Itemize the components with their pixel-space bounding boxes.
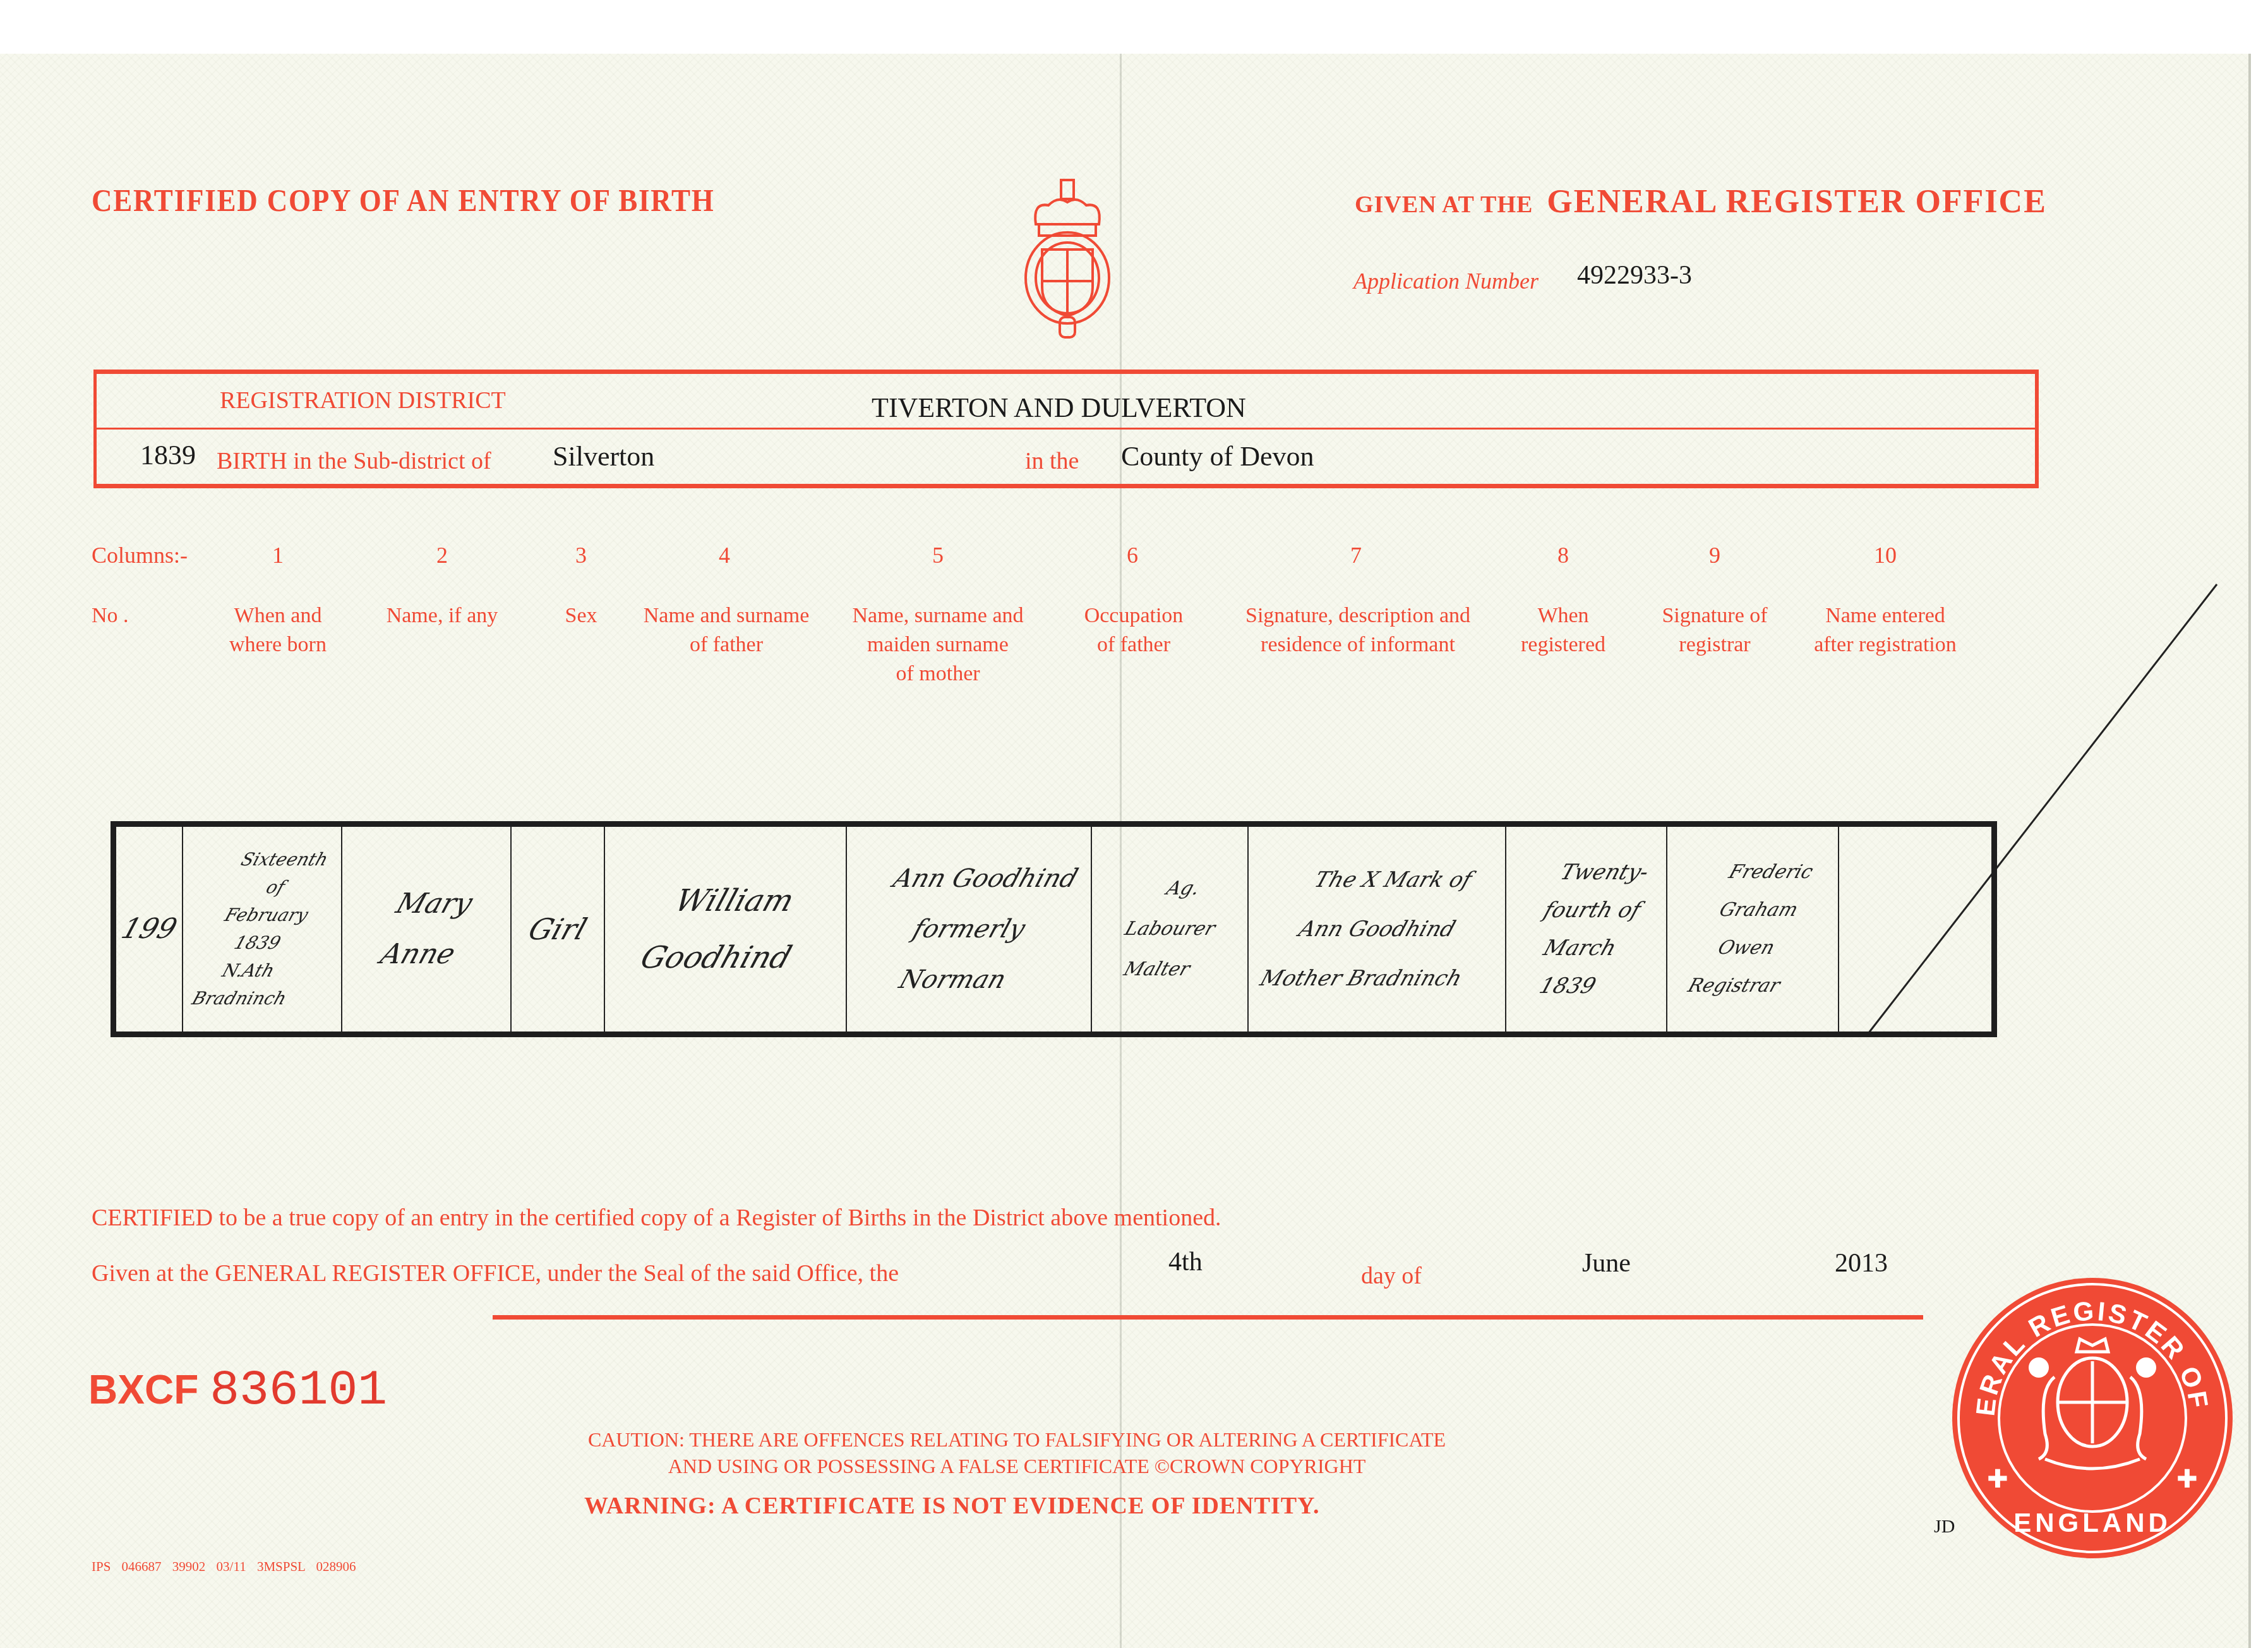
day-of-label: day of <box>1361 1262 1422 1290</box>
certified-statement: CERTIFIED to be a true copy of an entry … <box>92 1204 1221 1232</box>
hand-line: 1839 <box>1514 967 1621 1005</box>
entry-registrar-signature-cell: Frederic Graham Owen Registrar <box>1667 827 1839 1032</box>
hand-line: Mother Bradninch <box>1253 954 1469 1003</box>
entry-name-cell: Mary Anne <box>342 827 512 1032</box>
entry-father-name: William Goodhind <box>633 872 818 986</box>
entry-father-name-cell: William Goodhind <box>605 827 847 1032</box>
certification-day: 4th <box>1168 1247 1203 1277</box>
entry-no: 199 <box>117 913 181 946</box>
hand-line: Ag. <box>1132 869 1234 909</box>
svg-text:ENGLAND: ENGLAND <box>2013 1508 2171 1537</box>
entry-no-cell: 199 <box>116 827 183 1032</box>
caution-line: AND USING OR POSSESSING A FALSE CERTIFIC… <box>499 1453 1535 1479</box>
hand-line: Graham <box>1707 891 1810 929</box>
hand-line: Owen <box>1695 929 1798 967</box>
entry-name: Mary Anne <box>373 879 479 980</box>
hand-line: Bradninch <box>188 985 291 1013</box>
hand-line: Ann Goodhind <box>1269 905 1485 954</box>
entry-when-registered: Twenty- fourth of March 1839 <box>1514 853 1659 1005</box>
hand-line: The X Mark of <box>1285 855 1501 905</box>
svg-text:✚: ✚ <box>2176 1465 2198 1494</box>
warning-notice: WARNING: A CERTIFICATE IS NOT EVIDENCE O… <box>584 1492 1320 1520</box>
entry-sex: Girl <box>524 913 591 946</box>
hand-line: Anne <box>373 929 463 980</box>
hand-line: formerly <box>870 904 1069 954</box>
caution-notice: CAUTION: THERE ARE OFFENCES RELATING TO … <box>499 1426 1535 1479</box>
hand-line: February <box>215 901 318 929</box>
entry-name-after-registration-cell <box>1839 827 1991 1032</box>
hand-line: of <box>225 874 327 901</box>
hand-line: Registrar <box>1683 967 1785 1005</box>
entry-informant: The X Mark of Ann Goodhind Mother Bradni… <box>1253 855 1501 1003</box>
entry-when-registered-cell: Twenty- fourth of March 1839 <box>1506 827 1667 1032</box>
entry-mother-name: Ann Goodhind formerly Norman <box>853 853 1085 1005</box>
entry-when-where-born-cell: Sixteenth of February 1839 N.Ath Bradnin… <box>183 827 342 1032</box>
caution-line: CAUTION: THERE ARE OFFENCES RELATING TO … <box>499 1426 1535 1453</box>
entry-sex-cell: Girl <box>512 827 605 1032</box>
print-code: IPS 046687 39902 03/11 3MSPSL 028906 <box>92 1559 356 1575</box>
hand-line: Labourer <box>1119 909 1221 949</box>
hand-line: Frederic <box>1720 853 1823 891</box>
hand-line: Norman <box>853 954 1052 1005</box>
certification-year: 2013 <box>1835 1248 1888 1278</box>
hand-line: N.Ath <box>198 957 300 985</box>
hand-line: March <box>1527 929 1634 967</box>
entry-mother-name-cell: Ann Goodhind formerly Norman <box>847 827 1092 1032</box>
entry-informant-cell: The X Mark of Ann Goodhind Mother Bradni… <box>1249 827 1506 1032</box>
hand-line: Ann Goodhind <box>886 853 1085 904</box>
entry-row: 199 Sixteenth of February 1839 N.Ath Bra… <box>111 821 1997 1037</box>
hand-line: Sixteenth <box>234 846 336 874</box>
certification-month: June <box>1582 1248 1631 1278</box>
hand-line: fourth of <box>1539 891 1646 929</box>
hand-line: Mary <box>389 879 479 929</box>
entry-father-occupation: Ag. Labourer Malter <box>1105 869 1233 990</box>
serial-prefix: BXCF <box>88 1367 198 1412</box>
signature-line <box>493 1315 1923 1320</box>
entry-when-where-born: Sixteenth of February 1839 N.Ath Bradnin… <box>188 846 335 1013</box>
certificate-serial: BXCF 836101 <box>88 1363 387 1419</box>
hand-line: William <box>651 872 818 929</box>
general-register-office-seal-icon: GENERAL REGISTER OFFICE ENGLAND ✚ ✚ <box>1950 1276 2235 1560</box>
serial-number: 836101 <box>210 1363 387 1419</box>
given-statement: Given at the GENERAL REGISTER OFFICE, un… <box>92 1260 899 1287</box>
hand-line: Malter <box>1105 949 1208 990</box>
entry-registrar-signature: Frederic Graham Owen Registrar <box>1683 853 1822 1005</box>
svg-text:✚: ✚ <box>1987 1465 2008 1494</box>
hand-line: Twenty- <box>1551 853 1659 891</box>
hand-line: Goodhind <box>633 929 800 986</box>
hand-line: 1839 <box>207 929 309 957</box>
entry-father-occupation-cell: Ag. Labourer Malter <box>1092 827 1249 1032</box>
